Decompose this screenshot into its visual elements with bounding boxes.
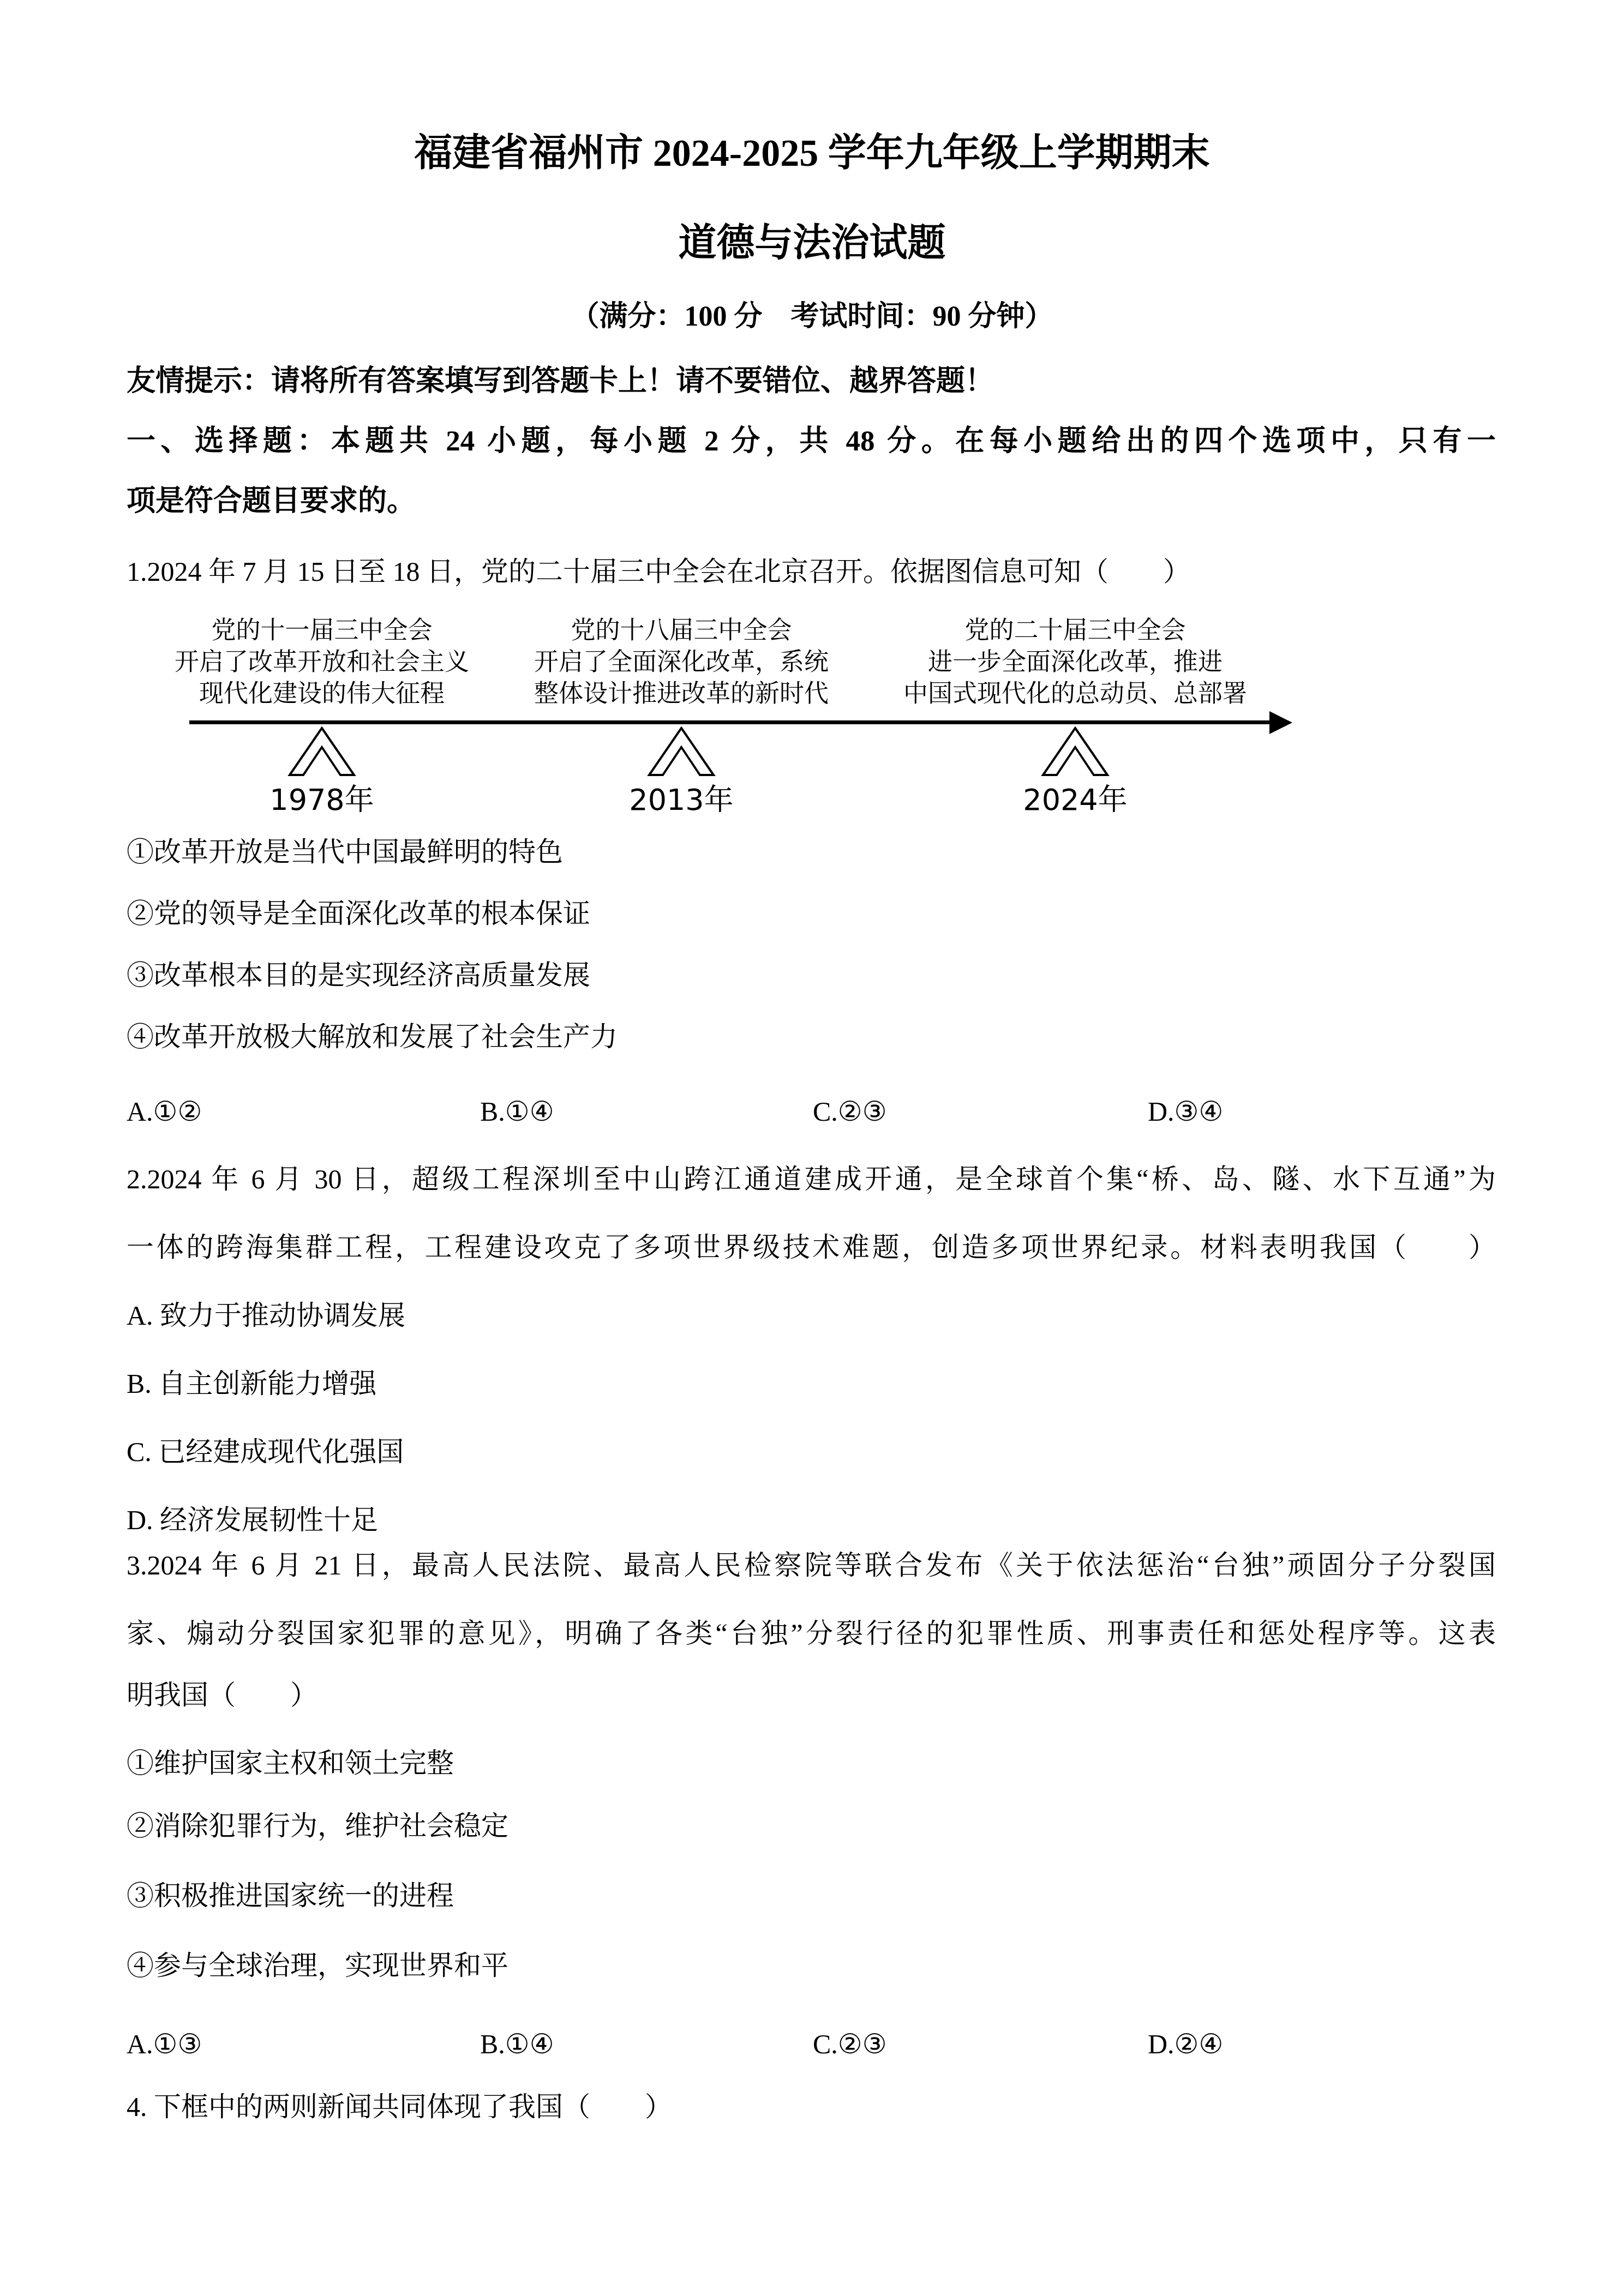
q3-option-d: D.②④ bbox=[1148, 2028, 1223, 2060]
q3-item-3: ③积极推进国家统一的进程 bbox=[127, 1879, 1496, 1912]
section-intro-line2: 项是符合题目要求的。 bbox=[127, 484, 1496, 519]
timeline-marker-icon bbox=[1040, 726, 1111, 777]
timeline-event-line: 中国式现代化的总动员、总部署 bbox=[868, 678, 1283, 710]
q3-option-b: B.①④ bbox=[480, 2028, 554, 2060]
exam-title: 福建省福州市 2024-2025 学年九年级上学期期末 bbox=[0, 131, 1624, 177]
timeline-marker-icon bbox=[286, 726, 357, 777]
q3-options-row: A.①③ B.①④ C.②③ D.②④ bbox=[127, 2028, 1496, 2063]
q2-stem-line1: 2.2024 年 6 月 30 日，超级工程深圳至中山跨江通道建成开通，是全球首… bbox=[127, 1163, 1496, 1195]
q3-stem-line2: 家、煽动分裂国家犯罪的意见》，明确了各类“台独”分裂行径的犯罪性质、刑事责任和惩… bbox=[127, 1617, 1496, 1650]
timeline-event-1: 党的十一届三中全会 开启了改革开放和社会主义 现代化建设的伟大征程 bbox=[115, 615, 529, 710]
q2-stem-line2: 一体的跨海集群工程，工程建设攻克了多项世界级技术难题，创造多项世界纪录。材料表明… bbox=[127, 1231, 1496, 1264]
notice: 友情提示：请将所有答案填写到答题卡上！请不要错位、越界答题！ bbox=[127, 364, 1496, 399]
exam-document-page: 福建省福州市 2024-2025 学年九年级上学期期末 道德与法治试题 （满分：… bbox=[0, 0, 1624, 2296]
q3-item-1: ①维护国家主权和领土完整 bbox=[127, 1747, 1496, 1780]
q1-item-2: ②党的领导是全面深化改革的根本保证 bbox=[127, 897, 1496, 930]
timeline-event-line: 党的十一届三中全会 bbox=[115, 615, 529, 646]
timeline-event-line: 党的二十届三中全会 bbox=[868, 615, 1283, 646]
q1-option-d: D.③④ bbox=[1148, 1095, 1223, 1128]
q1-option-c: C.②③ bbox=[813, 1095, 887, 1128]
timeline-event-line: 开启了全面深化改革，系统 bbox=[474, 646, 889, 678]
timeline-axis bbox=[189, 720, 1272, 724]
q3-item-4: ④参与全球治理，实现世界和平 bbox=[127, 1949, 1496, 1982]
q3-stem-line1: 3.2024 年 6 月 21 日，最高人民法院、最高人民检察院等联合发布《关于… bbox=[127, 1549, 1496, 1582]
q2-option-d: D. 经济发展韧性十足 bbox=[127, 1504, 1496, 1536]
q1-option-a: A.①② bbox=[127, 1095, 202, 1128]
q1-timeline-figure: 党的十一届三中全会 开启了改革开放和社会主义 现代化建设的伟大征程 党的十八届三… bbox=[127, 592, 1496, 834]
timeline-event-line: 现代化建设的伟大征程 bbox=[115, 678, 529, 710]
timeline-arrow-icon bbox=[1269, 711, 1292, 734]
timeline-event-line: 开启了改革开放和社会主义 bbox=[115, 646, 529, 678]
timeline-event-line: 党的十八届三中全会 bbox=[474, 615, 889, 646]
q1-stem: 1.2024 年 7 月 15 日至 18 日，党的二十届三中全会在北京召开。依… bbox=[127, 555, 1496, 588]
q4-stem: 4. 下框中的两则新闻共同体现了我国（ ） bbox=[127, 2090, 1496, 2123]
q1-item-3: ③改革根本目的是实现经济高质量发展 bbox=[127, 959, 1496, 991]
section-intro-line1: 一、选择题：本题共 24 小题，每小题 2 分，共 48 分。在每小题给出的四个… bbox=[127, 424, 1496, 459]
q3-option-c: C.②③ bbox=[813, 2028, 887, 2060]
q1-options-row: A.①② B.①④ C.②③ D.③④ bbox=[127, 1095, 1496, 1130]
timeline-event-2: 党的十八届三中全会 开启了全面深化改革，系统 整体设计推进改革的新时代 bbox=[474, 615, 889, 710]
timeline-year-label: 1978年 bbox=[213, 784, 431, 816]
timeline-event-3: 党的二十届三中全会 进一步全面深化改革，推进 中国式现代化的总动员、总部署 bbox=[868, 615, 1283, 710]
q3-item-2: ②消除犯罪行为，维护社会稳定 bbox=[127, 1810, 1496, 1842]
q2-option-a: A. 致力于推动协调发展 bbox=[127, 1299, 1496, 1332]
timeline-event-line: 进一步全面深化改革，推进 bbox=[868, 646, 1283, 678]
q2-option-c: C. 已经建成现代化强国 bbox=[127, 1435, 1496, 1468]
timeline-event-line: 整体设计推进改革的新时代 bbox=[474, 678, 889, 710]
q1-item-4: ④改革开放极大解放和发展了社会生产力 bbox=[127, 1020, 1496, 1053]
q3-stem-line3: 明我国（ ） bbox=[127, 1679, 1496, 1711]
q1-option-b: B.①④ bbox=[480, 1095, 554, 1128]
timeline-year-label: 2024年 bbox=[966, 784, 1184, 816]
q1-item-1: ①改革开放是当代中国最鲜明的特色 bbox=[127, 836, 1496, 868]
timeline-marker-icon bbox=[646, 726, 717, 777]
q3-option-a: A.①③ bbox=[127, 2028, 202, 2060]
q2-option-b: B. 自主创新能力增强 bbox=[127, 1367, 1496, 1400]
timeline-year-label: 2013年 bbox=[572, 784, 790, 816]
exam-info: （满分：100 分 考试时间：90 分钟） bbox=[0, 300, 1624, 334]
exam-subtitle: 道德与法治试题 bbox=[0, 221, 1624, 267]
